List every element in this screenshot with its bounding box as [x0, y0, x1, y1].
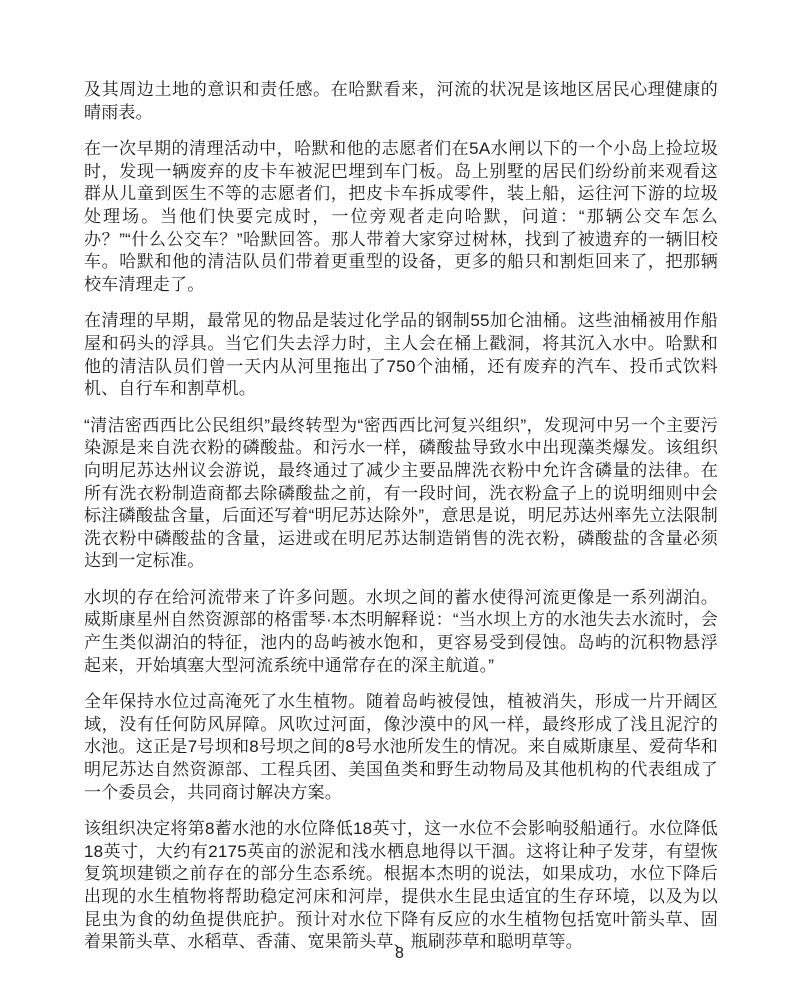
document-body: 及其周边土地的意识和责任感。在哈默看来，河流的状况是该地区居民心理健康的晴雨表。…: [84, 79, 718, 968]
paragraph: 水坝的存在给河流带来了许多问题。水坝之间的蓄水使得河流更像是一系列湖泊。威斯康星…: [84, 587, 718, 677]
paragraph: 全年保持水位过高淹死了水生植物。随着岛屿被侵蚀，植被消失，形成一片开阔区域，没有…: [84, 691, 718, 804]
paragraph: 及其周边土地的意识和责任感。在哈默看来，河流的状况是该地区居民心理健康的晴雨表。: [84, 79, 718, 124]
paragraph: 在一次早期的清理活动中，哈默和他的志愿者们在5A水闸以下的一个小岛上捡垃圾时，发…: [84, 138, 718, 296]
page-number: 8: [0, 944, 799, 964]
paragraph: “清洁密西西比公民组织”最终转型为“密西西比河复兴组织”，发现河中另一个主要污染…: [84, 415, 718, 573]
document-page: 及其周边土地的意识和责任感。在哈默看来，河流的状况是该地区居民心理健康的晴雨表。…: [0, 0, 799, 1000]
paragraph: 在清理的早期，最常见的物品是装过化学品的钢制55加仑油桶。这些油桶被用作船屋和码…: [84, 310, 718, 400]
paragraph: 该组织决定将第8蓄水池的水位降低18英寸，这一水位不会影响驳船通行。水位降低18…: [84, 818, 718, 954]
